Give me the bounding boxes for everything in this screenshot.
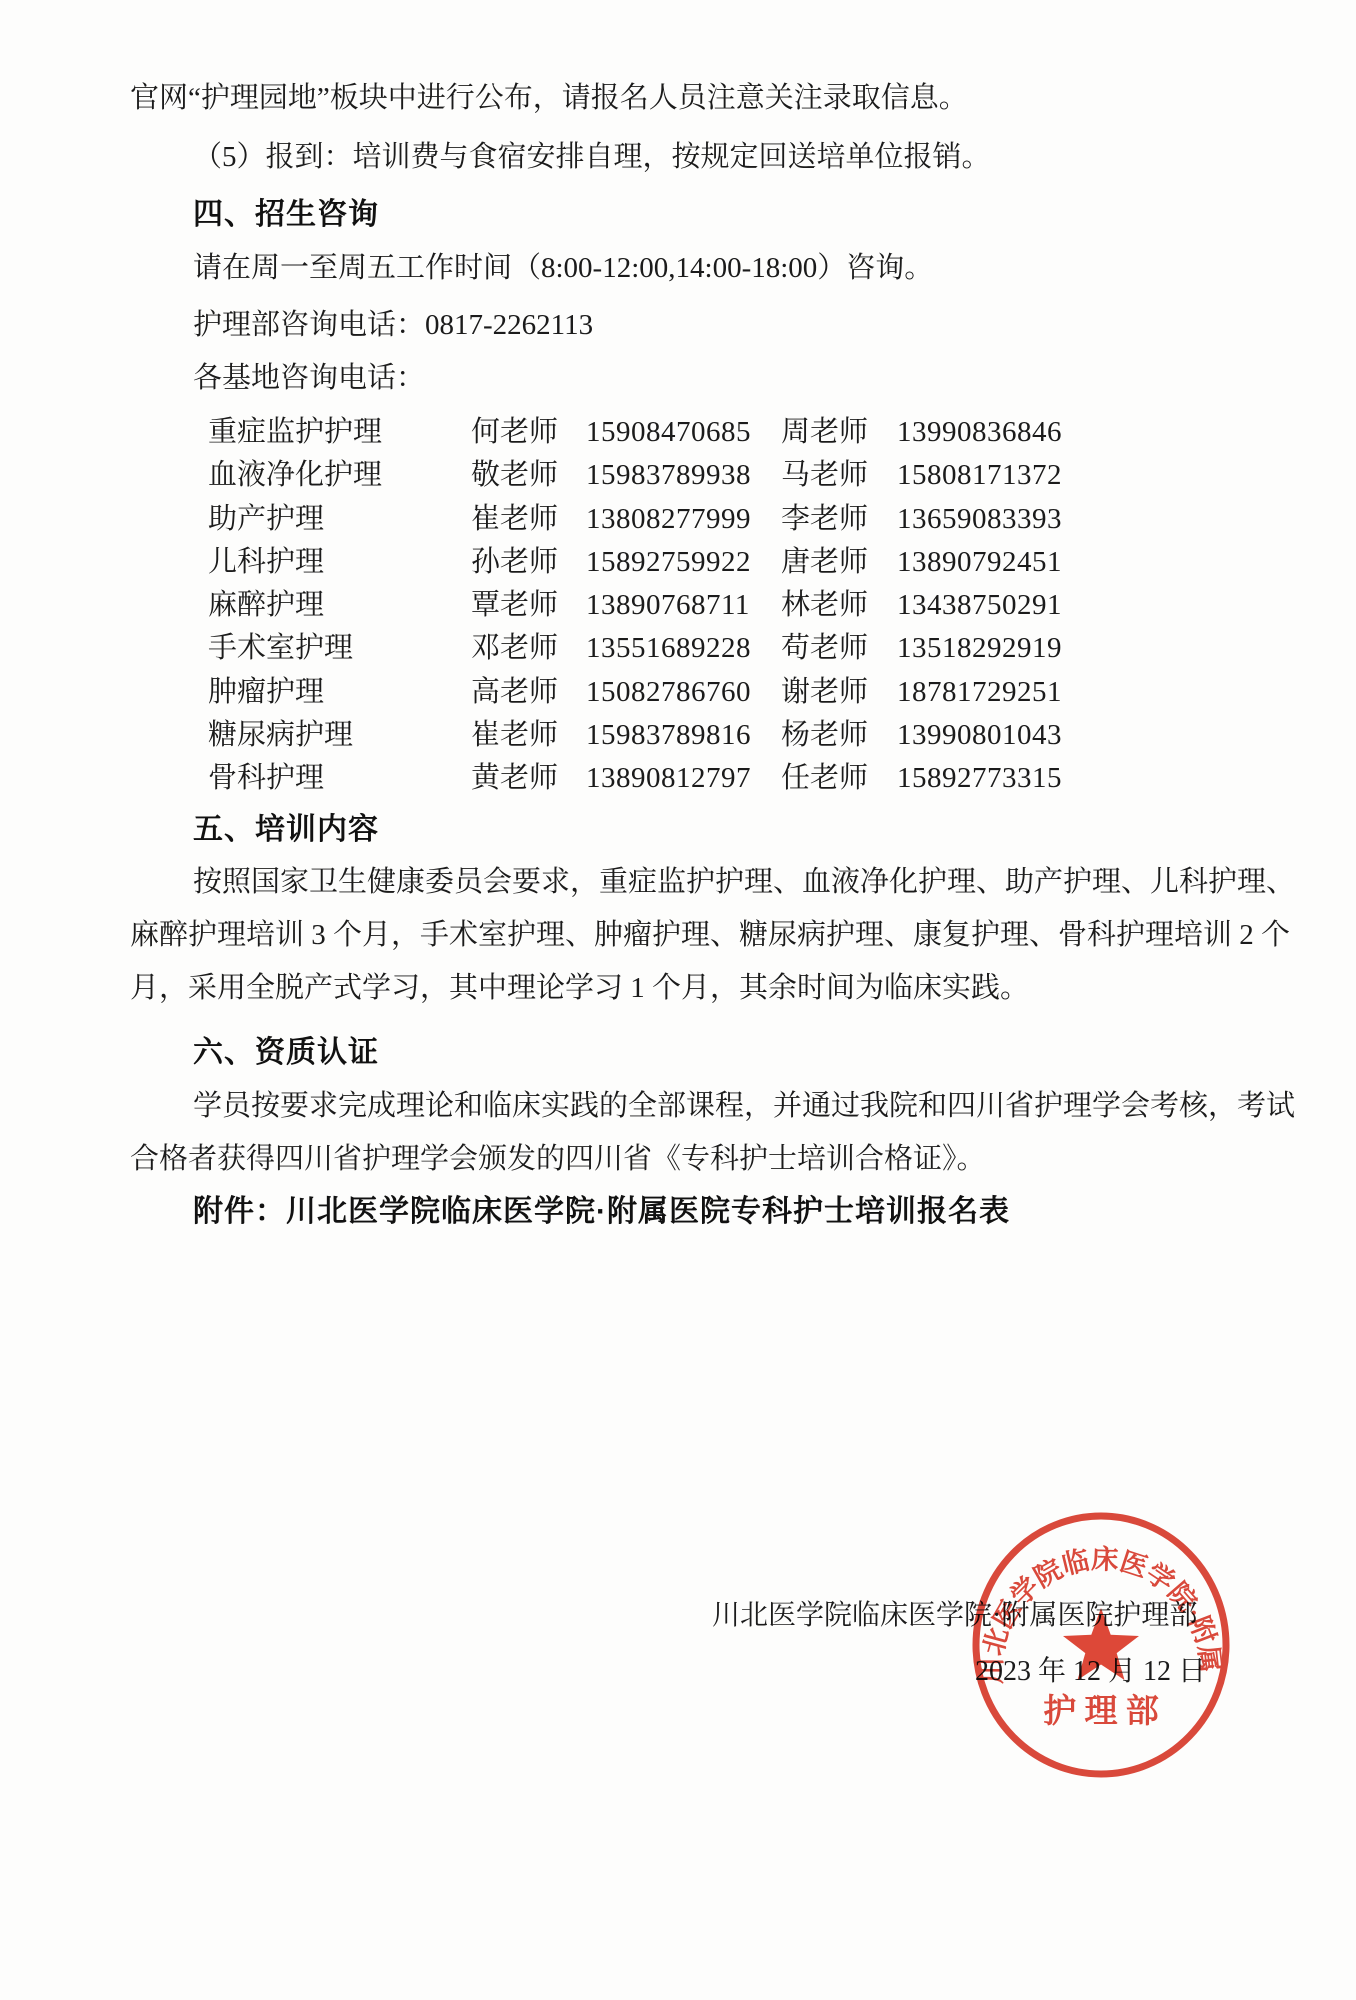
specialty-cell: 糖尿病护理 — [208, 720, 471, 751]
teacher-cell: 邓老师 — [471, 633, 586, 664]
teacher-cell: 何老师 — [471, 417, 586, 448]
table-row: 手术室护理 邓老师 13551689228 苟老师 13518292919 — [208, 633, 1062, 676]
phone-cell: 15908470685 — [586, 417, 781, 448]
table-row: 肿瘤护理 高老师 15082786760 谢老师 18781729251 — [208, 677, 1062, 720]
teacher-cell: 孙老师 — [471, 547, 586, 578]
specialty-cell: 儿科护理 — [208, 547, 471, 578]
phone-cell: 13518292919 — [897, 633, 1062, 664]
list-item-5: （5）报到：培训费与食宿安排自理，按规定回送培单位报销。 — [193, 141, 991, 173]
bases-phone-label: 各基地咨询电话： — [193, 362, 425, 394]
phone-cell: 15808171372 — [897, 460, 1062, 491]
teacher-cell: 唐老师 — [781, 547, 897, 578]
teacher-cell: 马老师 — [781, 460, 897, 491]
phone-cell: 13659083393 — [897, 504, 1062, 535]
phone-cell: 15892759922 — [586, 547, 781, 578]
section-5-paragraph-line: 按照国家卫生健康委员会要求，重症监护护理、血液净化护理、助产护理、儿科护理、 — [193, 866, 1295, 898]
table-row: 血液净化护理 敬老师 15983789938 马老师 15808171372 — [208, 460, 1062, 503]
section-5-paragraph-line: 麻醉护理培训 3 个月，手术室护理、肿瘤护理、糖尿病护理、康复护理、骨科护理培训… — [130, 919, 1290, 951]
phone-cell: 13438750291 — [897, 590, 1062, 621]
attachment-line: 附件：川北医学院临床医学院·附属医院专科护士培训报名表 — [193, 1196, 1010, 1228]
teacher-cell: 敬老师 — [471, 460, 586, 491]
paragraph-continuation-line: 官网“护理园地”板块中进行公布，请报名人员注意关注录取信息。 — [130, 82, 968, 114]
consult-hours-line: 请在周一至周五工作时间（8:00-12:00,14:00-18:00）咨询。 — [193, 252, 933, 284]
section-6-paragraph-line: 学员按要求完成理论和临床实践的全部课程，并通过我院和四川省护理学会考核，考试 — [193, 1090, 1295, 1122]
teacher-cell: 崔老师 — [471, 720, 586, 751]
star-icon — [1063, 1608, 1139, 1680]
specialty-cell: 骨科护理 — [208, 763, 471, 794]
teacher-cell: 苟老师 — [781, 633, 897, 664]
phone-cell: 13890768711 — [586, 590, 781, 621]
section-6-heading: 六、资质认证 — [193, 1037, 379, 1069]
seal-center-text: 护 理 部 — [1043, 1693, 1159, 1730]
table-row: 糖尿病护理 崔老师 15983789816 杨老师 13990801043 — [208, 720, 1062, 763]
table-row: 重症监护护理 何老师 15908470685 周老师 13990836846 — [208, 417, 1062, 460]
phone-cell: 13890812797 — [586, 763, 781, 794]
teacher-cell: 覃老师 — [471, 590, 586, 621]
specialty-cell: 麻醉护理 — [208, 590, 471, 621]
section-4-heading: 四、招生咨询 — [193, 199, 379, 231]
section-6-paragraph-line: 合格者获得四川省护理学会颁发的四川省《专科护士培训合格证》。 — [130, 1143, 986, 1175]
table-row: 儿科护理 孙老师 15892759922 唐老师 13890792451 — [208, 547, 1062, 590]
phone-cell: 13990801043 — [897, 720, 1062, 751]
section-5-paragraph-line: 月，采用全脱产式学习，其中理论学习 1 个月，其余时间为临床实践。 — [130, 972, 1029, 1004]
phone-cell: 15082786760 — [586, 677, 781, 708]
dept-phone-line: 护理部咨询电话：0817-2262113 — [193, 309, 593, 341]
specialty-cell: 助产护理 — [208, 504, 471, 535]
table-row: 骨科护理 黄老师 13890812797 任老师 15892773315 — [208, 763, 1062, 806]
teacher-cell: 黄老师 — [471, 763, 586, 794]
phone-cell: 15983789938 — [586, 460, 781, 491]
teacher-cell: 林老师 — [781, 590, 897, 621]
teacher-cell: 周老师 — [781, 417, 897, 448]
phone-cell: 18781729251 — [897, 677, 1062, 708]
specialty-cell: 血液净化护理 — [208, 460, 471, 491]
document-page: 官网“护理园地”板块中进行公布，请报名人员注意关注录取信息。 （5）报到：培训费… — [0, 0, 1356, 2000]
phone-cell: 13808277999 — [586, 504, 781, 535]
contact-table: 重症监护护理 何老师 15908470685 周老师 13990836846 血… — [208, 417, 1062, 807]
phone-cell: 15892773315 — [897, 763, 1062, 794]
phone-cell: 13990836846 — [897, 417, 1062, 448]
teacher-cell: 谢老师 — [781, 677, 897, 708]
table-row: 麻醉护理 覃老师 13890768711 林老师 13438750291 — [208, 590, 1062, 633]
phone-cell: 15983789816 — [586, 720, 781, 751]
specialty-cell: 手术室护理 — [208, 633, 471, 664]
phone-cell: 13890792451 — [897, 547, 1062, 578]
teacher-cell: 杨老师 — [781, 720, 897, 751]
teacher-cell: 崔老师 — [471, 504, 586, 535]
official-seal-stamp: 川北医学院临床医学院·附属医院 护 理 部 — [966, 1506, 1236, 1784]
specialty-cell: 肿瘤护理 — [208, 677, 471, 708]
section-5-heading: 五、培训内容 — [193, 814, 379, 846]
phone-cell: 13551689228 — [586, 633, 781, 664]
teacher-cell: 任老师 — [781, 763, 897, 794]
table-row: 助产护理 崔老师 13808277999 李老师 13659083393 — [208, 504, 1062, 547]
teacher-cell: 李老师 — [781, 504, 897, 535]
specialty-cell: 重症监护护理 — [208, 417, 471, 448]
teacher-cell: 高老师 — [471, 677, 586, 708]
